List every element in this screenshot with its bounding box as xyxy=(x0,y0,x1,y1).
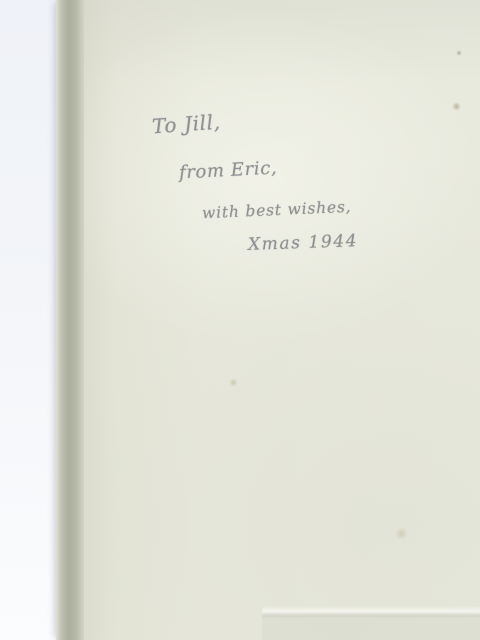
background-surface xyxy=(0,0,60,640)
book-photo: To Jill, from Eric, with best wishes, Xm… xyxy=(0,0,480,640)
inscription-line-recipient: To Jill, xyxy=(151,110,221,139)
endpaper-page xyxy=(84,0,480,640)
book-cover-edge xyxy=(56,0,84,640)
page-curl-shading xyxy=(262,616,480,640)
foxing-spot xyxy=(452,102,461,111)
page-crease xyxy=(262,606,480,618)
foxing-spot xyxy=(456,50,462,56)
foxing-spot xyxy=(229,378,238,387)
foxing-spot xyxy=(395,527,408,540)
inscription-line-date: Xmas 1944 xyxy=(248,231,359,255)
